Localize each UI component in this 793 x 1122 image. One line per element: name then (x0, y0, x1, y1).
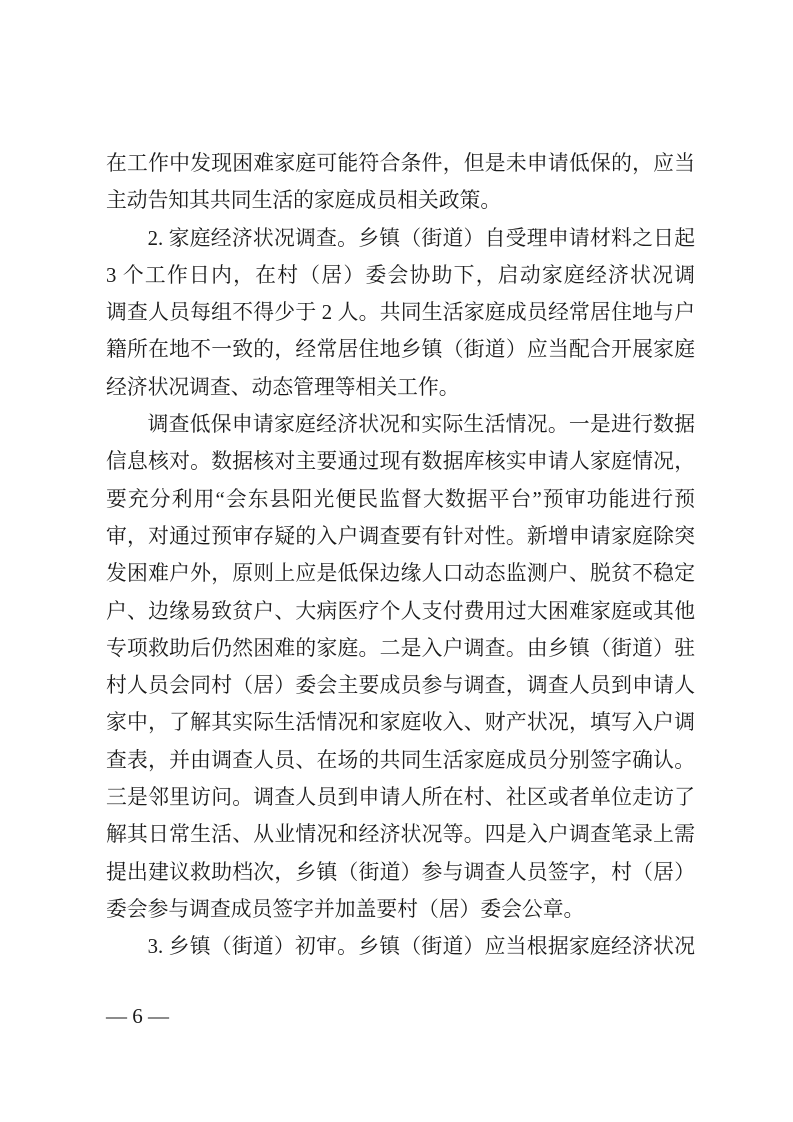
text-line: 3. 乡镇（街道）初审。乡镇（街道）应当根据家庭经济状况 (106, 928, 695, 965)
text-line: 查表，并由调查人员、在场的共同生活家庭成员分别签字确认。 (106, 742, 695, 779)
document-body: 在工作中发现困难家庭可能符合条件，但是未申请低保的，应当 主动告知其共同生活的家… (106, 145, 695, 966)
text-line: 发困难户外，原则上应是低保边缘人口动态监测户、脱贫不稳定 (106, 555, 695, 592)
page-number: — 6 — (106, 998, 169, 1035)
text-line: 籍所在地不一致的，经常居住地乡镇（街道）应当配合开展家庭 (106, 331, 695, 368)
text-line: 解其日常生活、从业情况和经济状况等。四是入户调查笔录上需 (106, 816, 695, 853)
document-page: 在工作中发现困难家庭可能符合条件，但是未申请低保的，应当 主动告知其共同生活的家… (0, 0, 793, 1122)
text-line: 审，对通过预审存疑的入户调查要有针对性。新增申请家庭除突 (106, 518, 695, 555)
text-line: 3 个工作日内，在村（居）委会协助下，启动家庭经济状况调查。 (106, 257, 695, 294)
text-line: 主动告知其共同生活的家庭成员相关政策。 (106, 182, 695, 219)
text-line: 委会参与调查成员签字并加盖要村（居）委会公章。 (106, 891, 695, 928)
text-line: 在工作中发现困难家庭可能符合条件，但是未申请低保的，应当 (106, 145, 695, 182)
text-line: 户、边缘易致贫户、大病医疗个人支付费用过大困难家庭或其他 (106, 593, 695, 630)
text-line: 调查低保申请家庭经济状况和实际生活情况。一是进行数据 (106, 406, 695, 443)
text-line: 调查人员每组不得少于 2 人。共同生活家庭成员经常居住地与户 (106, 294, 695, 331)
text-line: 村人员会同村（居）委会主要成员参与调查，调查人员到申请人 (106, 667, 695, 704)
text-line: 要充分利用“会东县阳光便民监督大数据平台”预审功能进行预 (106, 481, 695, 518)
text-line: 2. 家庭经济状况调查。乡镇（街道）自受理申请材料之日起 (106, 220, 695, 257)
text-line: 专项救助后仍然困难的家庭。二是入户调查。由乡镇（街道）驻 (106, 630, 695, 667)
text-line: 三是邻里访问。调查人员到申请人所在村、社区或者单位走访了 (106, 779, 695, 816)
text-line: 经济状况调查、动态管理等相关工作。 (106, 369, 695, 406)
text-line: 信息核对。数据核对主要通过现有数据库核实申请人家庭情况， (106, 443, 695, 480)
text-line: 提出建议救助档次，乡镇（街道）参与调查人员签字，村（居） (106, 854, 695, 891)
text-line: 家中，了解其实际生活情况和家庭收入、财产状况，填写入户调 (106, 704, 695, 741)
